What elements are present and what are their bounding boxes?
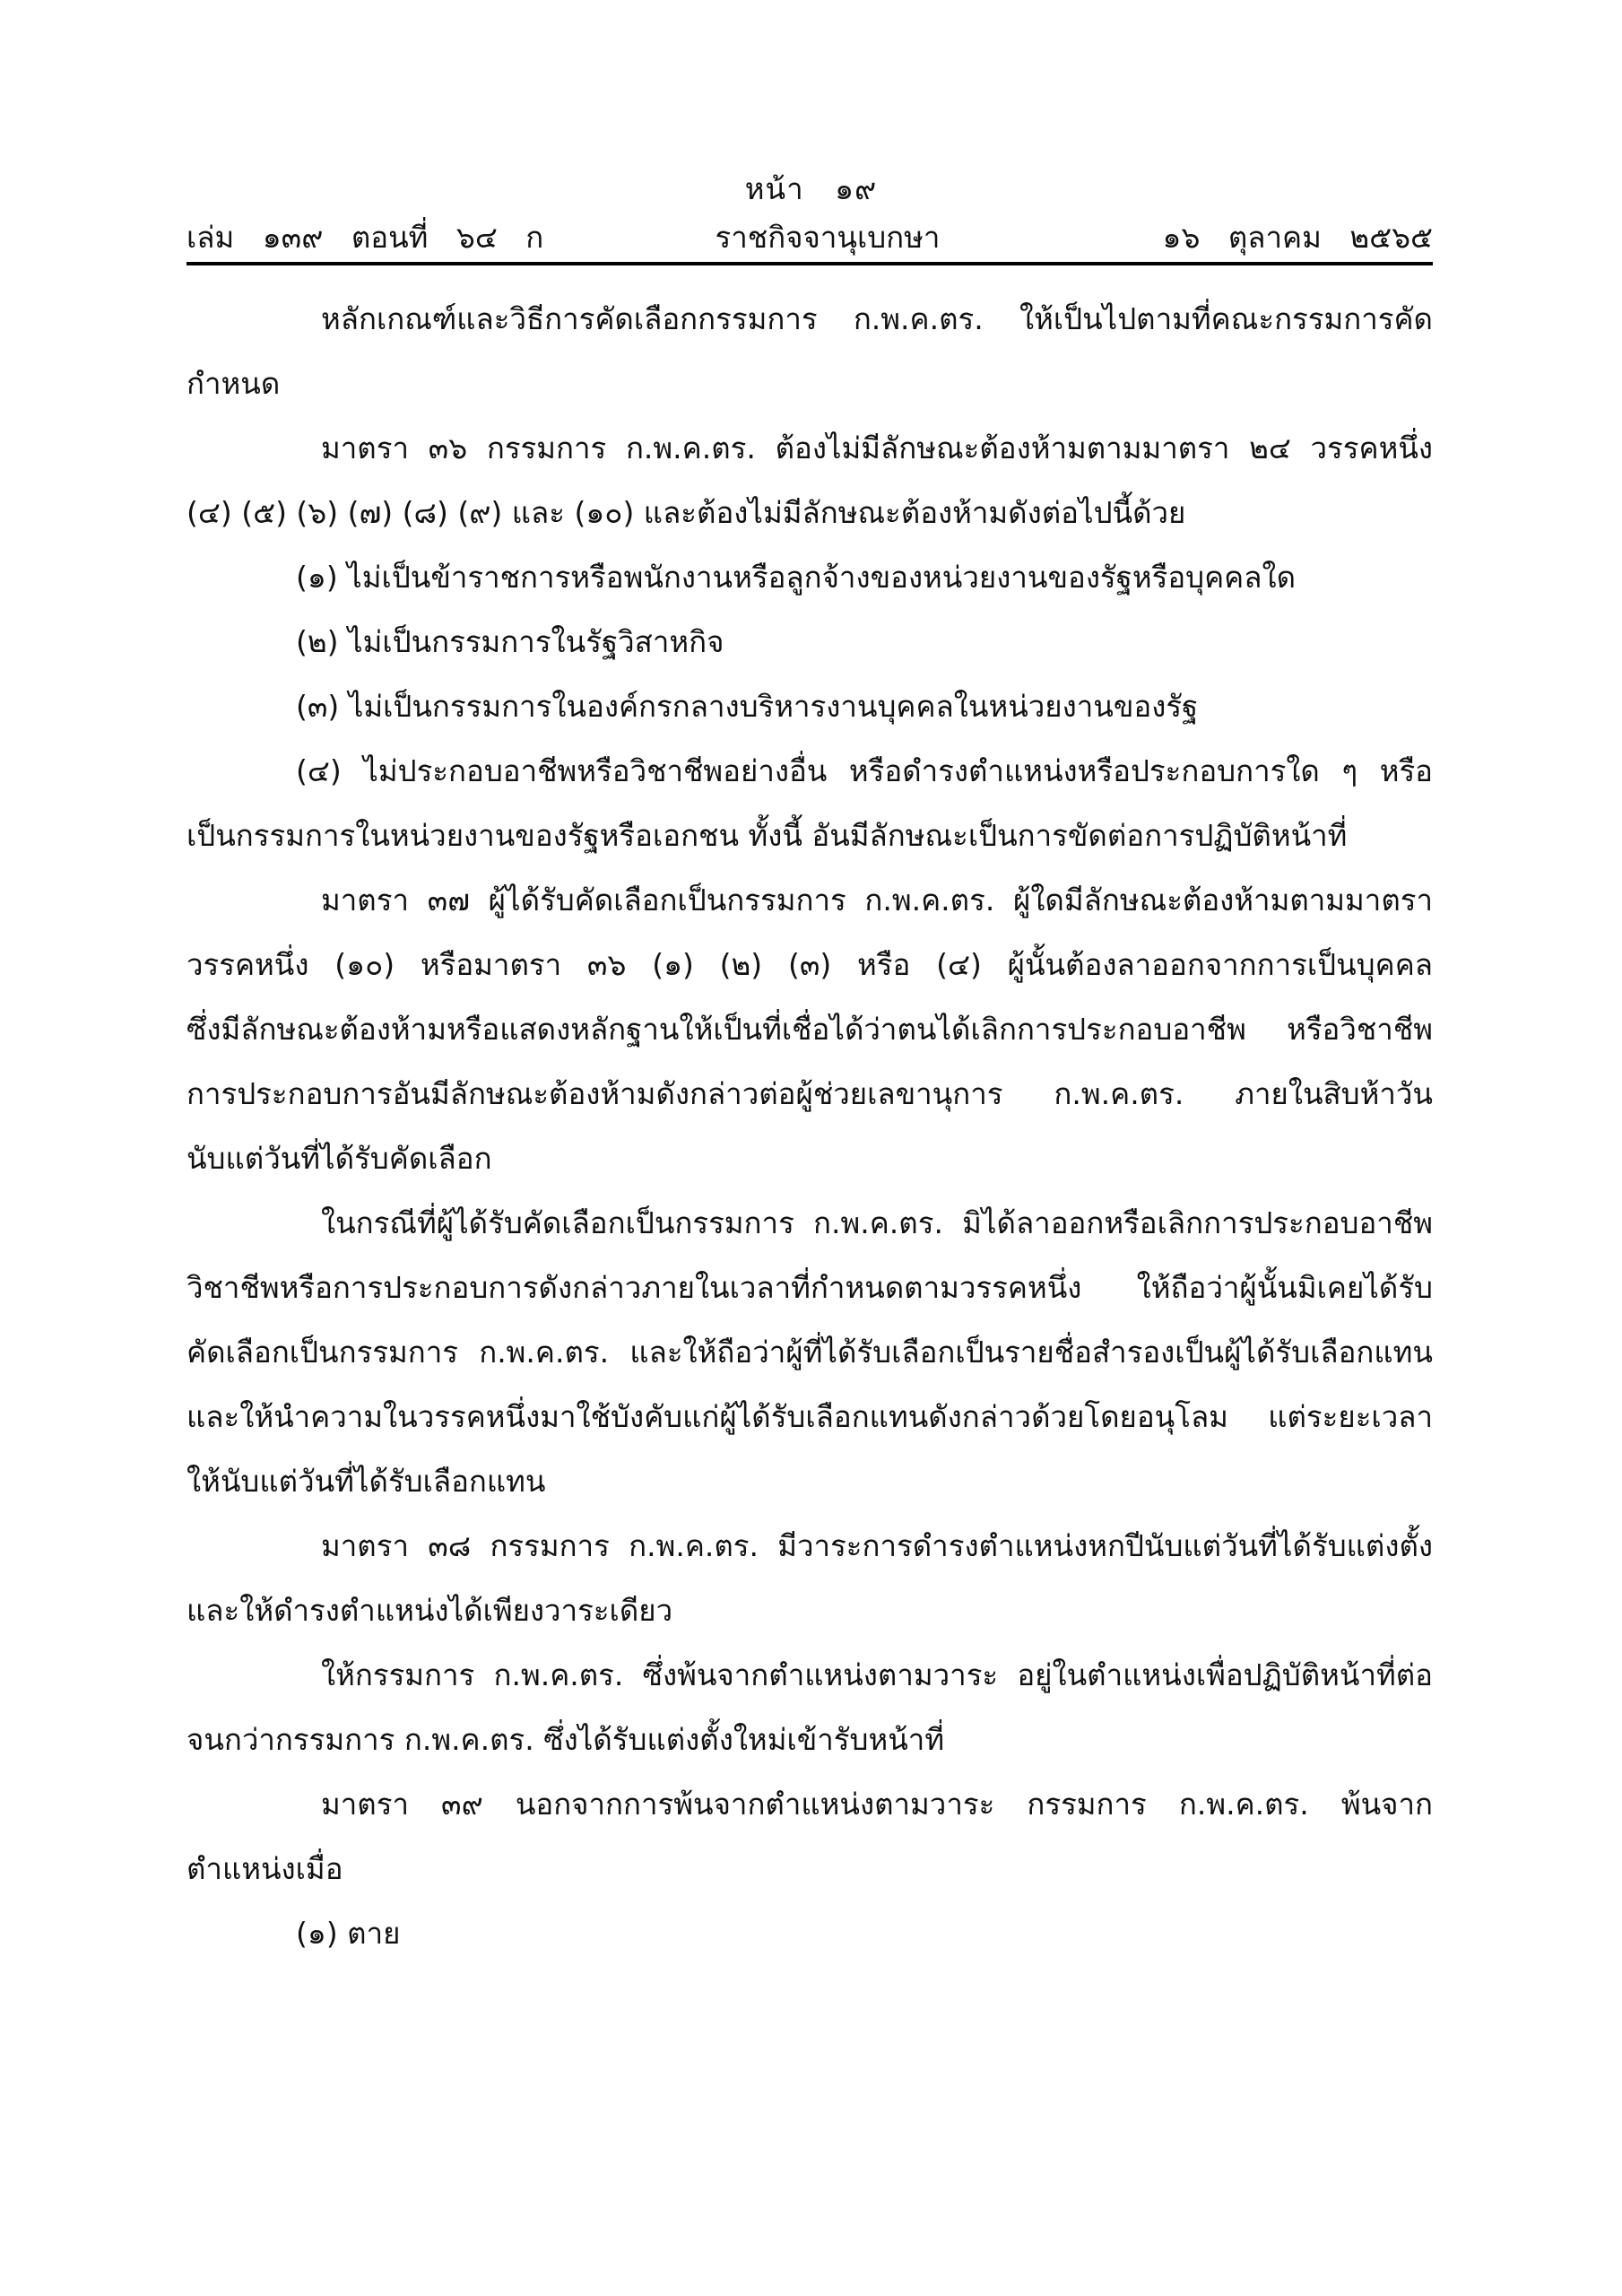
paragraph-line: หลักเกณฑ์และวิธีการคัดเลือกกรรมการ ก.พ.ค… (321, 298, 1433, 341)
list-item: (๑) ตาย (296, 1912, 400, 1955)
list-item: (๓) ไม่เป็นกรรมการในองค์กรกลางบริหารงานบ… (296, 685, 1198, 728)
paragraph-line: เป็นกรรมการในหน่วยงานของรัฐหรือเอกชน ทั้… (186, 814, 1347, 857)
paragraph-line: วรรคหนึ่ง (๑๐) หรือมาตรา ๓๖ (๑) (๒) (๓) … (186, 944, 1433, 987)
section-37-heading: มาตรา ๓๗ ผู้ได้รับคัดเลือกเป็นกรรมการ ก.… (321, 879, 1433, 922)
paragraph-line: วิชาชีพหรือการประกอบการดังกล่าวภายในเวลา… (186, 1266, 1433, 1309)
gazette-page: หน้า ๑๙ เล่ม ๑๓๙ ตอนที่ ๖๔ ก ราชกิจจานุเ… (0, 0, 1622, 2296)
paragraph-line: นับแต่วันที่ได้รับคัดเลือก (186, 1137, 492, 1180)
paragraph-line: และให้ดำรงตำแหน่งได้เพียงวาระเดียว (186, 1589, 672, 1632)
section-38-heading: มาตรา ๓๘ กรรมการ ก.พ.ค.ตร. มีวาระการดำรง… (321, 1525, 1433, 1568)
list-item: (๔) ไม่ประกอบอาชีพหรือวิชาชีพอย่างอื่น ห… (296, 750, 1433, 793)
list-item: (๑) ไม่เป็นข้าราชการหรือพนักงานหรือลูกจ้… (296, 556, 1296, 599)
gazette-header: เล่ม ๑๓๙ ตอนที่ ๖๔ ก ราชกิจจานุเบกษา ๑๖ … (186, 213, 1433, 257)
paragraph-line: คัดเลือกเป็นกรรมการ ก.พ.ค.ตร. และให้ถือว… (186, 1331, 1433, 1374)
paragraph-line: จนกว่ากรรมการ ก.พ.ค.ตร. ซึ่งได้รับแต่งตั… (186, 1718, 944, 1761)
paragraph-line: ตำแหน่งเมื่อ (186, 1848, 343, 1891)
paragraph-line: ซึ่งมีลักษณะต้องห้ามหรือแสดงหลักฐานให้เป… (186, 1008, 1433, 1051)
paragraph-line: และให้นำความในวรรคหนึ่งมาใช้บังคับแก่ผู้… (186, 1396, 1433, 1439)
page-number: หน้า ๑๙ (0, 165, 1622, 213)
paragraph-line: ให้นับแต่วันที่ได้รับเลือกแทน (186, 1460, 546, 1503)
section-39-heading: มาตรา ๓๙ นอกจากการพ้นจากตำแหน่งตามวาระ ก… (321, 1783, 1433, 1826)
publication-date: ๑๖ ตุลาคม ๒๕๖๕ (1163, 213, 1434, 261)
section-36-heading: มาตรา ๓๖ กรรมการ ก.พ.ค.ตร. ต้องไม่มีลักษ… (321, 427, 1433, 470)
paragraph-line: ให้กรรมการ ก.พ.ค.ตร. ซึ่งพ้นจากตำแหน่งตา… (321, 1654, 1433, 1697)
paragraph-line: กำหนด (186, 362, 280, 405)
paragraph-line: ในกรณีที่ผู้ได้รับคัดเลือกเป็นกรรมการ ก.… (321, 1202, 1433, 1245)
paragraph-line: การประกอบการอันมีลักษณะต้องห้ามดังกล่าวต… (186, 1073, 1433, 1116)
header-divider (186, 262, 1433, 265)
list-item: (๒) ไม่เป็นกรรมการในรัฐวิสาหกิจ (296, 621, 724, 664)
paragraph-line: (๔) (๕) (๖) (๗) (๘) (๙) และ (๑๐) และต้อง… (186, 491, 1185, 535)
